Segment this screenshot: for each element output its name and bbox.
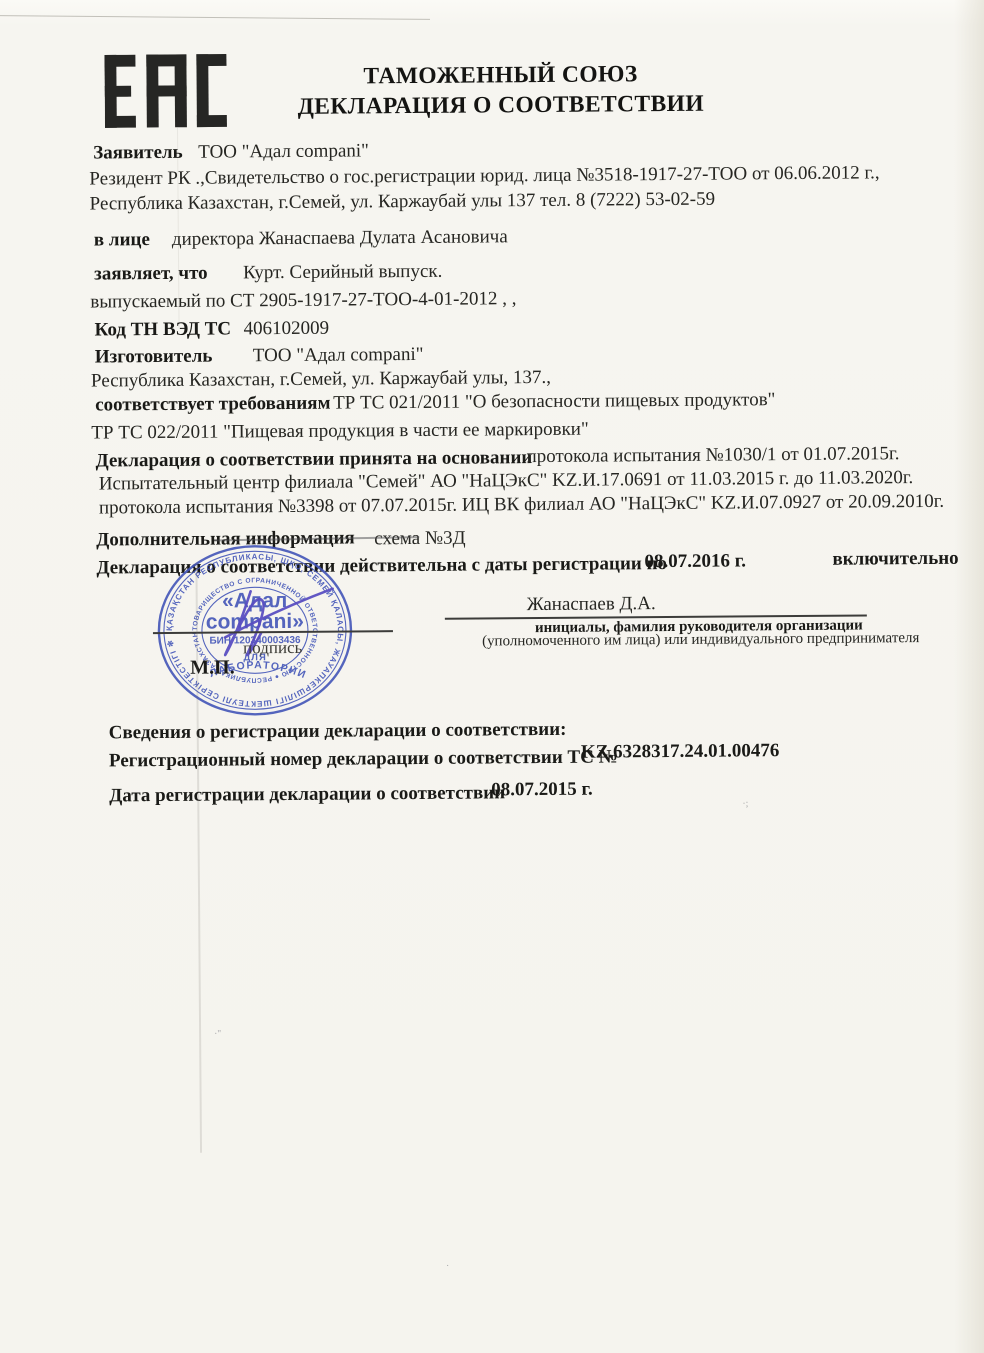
registration-date-value: 08.07.2015 г. (491, 779, 593, 802)
scan-speck: ·; (742, 798, 748, 809)
scan-speck: · (446, 1261, 449, 1272)
additional-value: схема №3Д (374, 528, 465, 551)
person-label: в лице (94, 229, 150, 251)
registration-number-value: KZ.6328317.24.01.00476 (581, 740, 780, 763)
conforms-label: соответствует требованиям (95, 393, 330, 417)
basis-value: протокола испытания №1030/1 от 01.07.201… (527, 443, 900, 468)
code-value: 406102009 (243, 318, 329, 341)
scan-speck: ·'' (214, 1029, 221, 1040)
registration-header: Сведения о регистрации декларации о соот… (109, 719, 567, 744)
manufacturer-label: Изготовитель (95, 346, 213, 369)
conforms-line2: ТР ТС 022/2011 "Пищевая продукция в част… (91, 419, 588, 445)
address-line: Республика Казахстан, г.Семей, ул. Каржа… (90, 189, 716, 216)
signature-caption2: (уполномоченного им лица) или индивидуал… (482, 630, 919, 651)
podpis-label: подпись (243, 638, 302, 658)
manufacturer-value: ТОО "Адал compani" (253, 344, 424, 367)
produced-line: выпускаемый по СТ 2905-1917-27-ТОО-4-01-… (90, 288, 516, 313)
validity-date: 08.07.2016 г. (644, 550, 746, 573)
person-value: директора Жанаспаева Дулата Асановича (172, 226, 508, 250)
scanned-declaration-page: ТАМОЖЕННЫЙ СОЮЗ ДЕКЛАРАЦИЯ О СООТВЕТСТВИ… (0, 0, 984, 1353)
registration-number-label: Регистрационный номер декларации о соотв… (109, 746, 618, 772)
title-line1: ТАМОЖЕННЫЙ СОЮЗ (240, 58, 760, 92)
signatory-name: Жанаспаев Д.А. (527, 593, 656, 616)
basis-line3: протокола испытания №3398 от 07.07.2015г… (99, 491, 944, 519)
basis-label: Декларация о соответствии принята на осн… (96, 447, 533, 472)
applicant-label: Заявитель (93, 142, 183, 165)
applicant-value: ТОО "Адал compani" (198, 140, 369, 163)
declares-label: заявляет, что (94, 263, 208, 286)
conforms-value: ТР ТС 021/2011 "О безопасности пищевых п… (333, 389, 775, 414)
code-label: Код ТН ВЭД ТС (94, 318, 231, 341)
eac-mark-logo (104, 50, 227, 131)
validity-suffix: включительно (832, 548, 958, 571)
registration-date-label: Дата регистрации декларации о соответств… (109, 782, 505, 807)
manufacturer-address: Республика Казахстан, г.Семей, ул. Каржа… (91, 367, 551, 392)
resident-line: Резидент РК .,Свидетельство о гос.регист… (89, 162, 879, 190)
declares-value: Курт. Серийный выпуск. (243, 261, 442, 284)
document-title: ТАМОЖЕННЫЙ СОЮЗ ДЕКЛАРАЦИЯ О СООТВЕТСТВИ… (240, 58, 760, 122)
title-line2: ДЕКЛАРАЦИЯ О СООТВЕТСТВИИ (241, 88, 761, 122)
